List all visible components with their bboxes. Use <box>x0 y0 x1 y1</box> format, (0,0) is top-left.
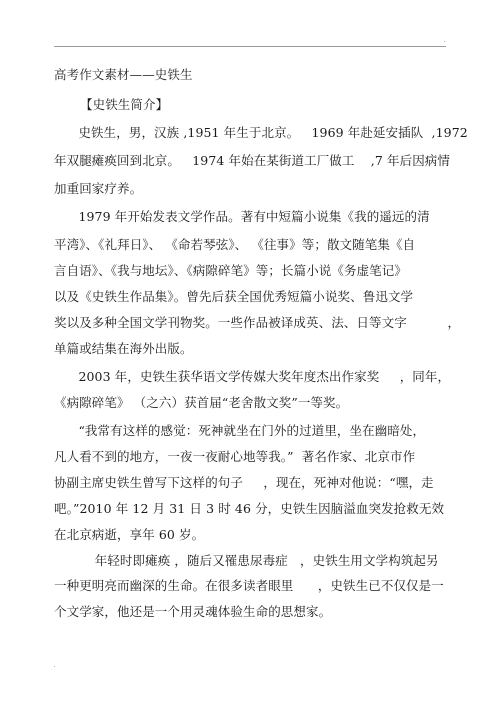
body-line: 《病隙碎笔》 （之六）获首届“老舍散文奖”一等奖。 <box>54 395 348 411</box>
body-line: 奖以及多种全国文学刊物奖。一些作品被译成英、法、日等文字 ， <box>54 315 460 331</box>
body-line: 加重回家疗养。 <box>54 181 142 197</box>
header-rule-mark <box>444 41 445 42</box>
body-line: 年轻时即瘫痪 ，随后又罹患尿毒症 ，史铁生用文学构筑起另 <box>54 553 439 569</box>
body-line: 史铁生，男，汉族 ,1951 年生于北京。 1969 年赴延安插队 ,1972 <box>54 125 468 141</box>
body-line: 协副主席史铁生曾写下这样的句子 ，现在，死神对他说：“嘿，走 <box>54 475 434 491</box>
body-line: 2003 年，史铁生获华语文学传媒大奖年度杰出作家奖 ，同年， <box>54 369 450 385</box>
body-line: 一种更明亮而幽深的生命。在很多读者眼里 ，史铁生已不仅仅是一 <box>54 578 444 594</box>
body-line: “我常有这样的感觉：死神就坐在门外的过道里，坐在幽暗处， <box>54 423 425 439</box>
body-line: 以及《史铁生作品集》。曾先后获全国优秀短篇小说奖、鲁迅文学 <box>54 289 413 305</box>
body-line: 年双腿瘫痪回到北京。 1974 年始在某街道工厂做工 ,7 年后因病情 <box>54 153 450 169</box>
body-line: 在北京病逝，享年 60 岁。 <box>54 527 204 543</box>
body-line: 凡人看不到的地方，一夜一夜耐心地等我。” 著名作家、北京市作 <box>54 449 415 465</box>
body-line: 1979 年开始发表文学作品。著有中短篇小说集《我的遥远的清 <box>54 209 430 225</box>
body-line: 单篇或结集在海外出版。 <box>54 341 193 357</box>
header-rule <box>54 46 446 47</box>
body-line: 个文学家，他还是一个用灵魂体验生命的思想家。 <box>54 604 331 620</box>
body-line: 吧。”2010 年 12 月 31 日 3 时 46 分，史铁生因脑溢血突发抢救… <box>54 501 444 517</box>
document-title: 高考作文素材——史铁生 <box>54 67 193 83</box>
page-corner-mark <box>54 666 55 667</box>
body-line: 平湾》、《礼拜日》、 《命若琴弦》、 《往事》等；散文随笔集《自 <box>54 237 415 253</box>
body-line: 言自语》、《我与地坛》、《病隙碎笔》等；长篇小说《务虚笔记》 <box>54 263 407 279</box>
section-heading: 【史铁生简介】 <box>80 97 168 113</box>
